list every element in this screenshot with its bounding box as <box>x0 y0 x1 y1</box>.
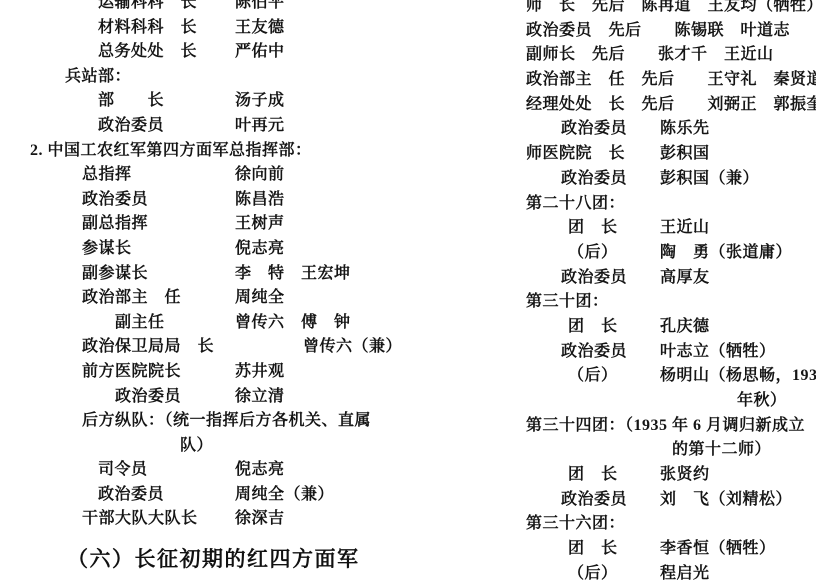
person-name: 王友德 <box>235 16 285 41</box>
roster-row: 经理处处 长 先后 刘弼正 郭振奎 <box>408 93 816 118</box>
role-label: 司令员 <box>98 461 148 478</box>
role-label: 师 长 先后 陈再道 王友均（牺牲） <box>526 0 816 14</box>
roster-row: 政治委员陈乐先 <box>408 117 816 142</box>
person-name: 王树声 <box>235 212 285 237</box>
roster-row: 副主任曾传六 傅 钟 <box>0 311 408 336</box>
person-name: 曾传六 傅 钟 <box>235 311 351 336</box>
roster-row: 运输科科 长陈伯平 <box>0 0 408 16</box>
roster-row: 政治委员周纯全（兼） <box>0 483 408 508</box>
roster-row: 材料科科 长王友德 <box>0 16 408 41</box>
person-name: 叶再元 <box>235 114 285 139</box>
right-column: 师 长 先后 陈再道 王友均（牺牲）政治委员 先后 陈锡联 叶道志副师长 先后 … <box>408 0 816 580</box>
roster-row: 政治保卫局局 长曾传六（兼） <box>0 335 408 360</box>
person-name: 苏井观 <box>235 360 285 385</box>
person-name: 徐立清 <box>235 385 285 410</box>
person-name: 程启光 <box>660 562 710 580</box>
person-name: 曾传六（兼） <box>303 335 402 360</box>
person-name: 杨明山（杨思畅，1935 <box>660 364 816 389</box>
person-name: 严佑中 <box>235 40 285 65</box>
roster-row: 团 长李香恒（牺牲） <box>408 537 816 562</box>
roster-row: 的第十二师） <box>408 438 816 463</box>
roster-row: 政治委员叶再元 <box>0 114 408 139</box>
role-label: 政治委员 先后 陈锡联 叶道志 <box>526 22 790 39</box>
person-name: 徐深吉 <box>235 507 285 532</box>
roster-row: （后）陶 勇（张道庸） <box>408 241 816 266</box>
roster-row: 第三十团： <box>408 290 816 315</box>
role-label: 政治委员 <box>98 486 164 503</box>
role-label: 政治部主 任 <box>82 289 181 306</box>
roster-row: 政治委员徐立清 <box>0 385 408 410</box>
role-label: 政治委员 <box>561 343 627 360</box>
role-label: 队） <box>180 437 213 454</box>
roster-row: 师 长 先后 陈再道 王友均（牺牲） <box>408 0 816 19</box>
role-label: （后） <box>568 565 618 580</box>
role-label: 政治委员 <box>115 388 181 405</box>
role-label: （后） <box>568 367 618 384</box>
role-label: 团 长 <box>568 219 618 236</box>
left-column: 运输科科 长陈伯平材料科科 长王友德总务处处 长严佑中兵站部：部 长汤子成政治委… <box>0 0 408 532</box>
role-label: 团 长 <box>568 540 618 557</box>
person-name: 张贤约 <box>660 463 710 488</box>
roster-row: 师医院院 长彭积国 <box>408 142 816 167</box>
section-heading: （六）长征初期的红四方面军 <box>67 547 360 573</box>
roster-row: 总指挥徐向前 <box>0 163 408 188</box>
roster-row: 政治委员刘 飞（刘精松） <box>408 488 816 513</box>
person-name: 陈昌浩 <box>235 188 285 213</box>
person-name: 孔庆德 <box>660 315 710 340</box>
role-label: 2. 中国工农红军第四方面军总指挥部： <box>30 142 312 159</box>
roster-row: 第二十八团： <box>408 192 816 217</box>
role-label: 总指挥 <box>82 166 132 183</box>
person-name: 汤子成 <box>235 89 285 114</box>
roster-row: 司令员倪志亮 <box>0 458 408 483</box>
person-name: 徐向前 <box>235 163 285 188</box>
role-label: 政治保卫局局 长 <box>82 338 214 355</box>
role-label: 后方纵队：（统一指挥后方各机关、直属 <box>82 412 371 429</box>
role-label: 运输科科 长 <box>98 0 197 11</box>
roster-row: 2. 中国工农红军第四方面军总指挥部： <box>0 139 408 164</box>
roster-row: 政治部主 任周纯全 <box>0 286 408 311</box>
role-label: 第二十八团： <box>526 195 625 212</box>
person-name: 彭积国（兼） <box>660 167 759 192</box>
roster-row: 政治委员彭积国（兼） <box>408 167 816 192</box>
roster-row: 部 长汤子成 <box>0 89 408 114</box>
role-label: 副总指挥 <box>82 215 148 232</box>
roster-row: 队） <box>0 434 408 459</box>
person-name: 李 特 王宏坤 <box>235 262 351 287</box>
person-name: 倪志亮 <box>235 458 285 483</box>
person-name: 陈乐先 <box>660 117 710 142</box>
roster-row: 后方纵队：（统一指挥后方各机关、直属 <box>0 409 408 434</box>
role-label: 年秋） <box>737 392 787 409</box>
roster-row: 政治委员叶志立（牺牲） <box>408 340 816 365</box>
roster-row: 参谋长倪志亮 <box>0 237 408 262</box>
role-label: 团 长 <box>568 318 618 335</box>
role-label: （后） <box>568 244 618 261</box>
role-label: 参谋长 <box>82 240 132 257</box>
roster-row: （后）程启光 <box>408 562 816 580</box>
person-name: 叶志立（牺牲） <box>660 340 776 365</box>
role-label: 团 长 <box>568 466 618 483</box>
role-label: 政治部主 任 先后 王守礼 秦贤道 <box>526 71 816 88</box>
roster-row: 政治委员 先后 陈锡联 叶道志 <box>408 19 816 44</box>
role-label: 政治委员 <box>561 491 627 508</box>
roster-row: 总务处处 长严佑中 <box>0 40 408 65</box>
person-name: 刘 飞（刘精松） <box>660 488 792 513</box>
person-name: 倪志亮 <box>235 237 285 262</box>
roster-row: 副参谋长李 特 王宏坤 <box>0 262 408 287</box>
person-name: 周纯全 <box>235 286 285 311</box>
roster-row: 前方医院院长苏井观 <box>0 360 408 385</box>
role-label: 第三十六团： <box>526 515 625 532</box>
scanned-book-page: 运输科科 长陈伯平材料科科 长王友德总务处处 长严佑中兵站部：部 长汤子成政治委… <box>0 0 816 580</box>
roster-row: 团 长张贤约 <box>408 463 816 488</box>
person-name: 陶 勇（张道庸） <box>660 241 792 266</box>
role-label: 材料科科 长 <box>98 19 197 36</box>
roster-row: 兵站部： <box>0 65 408 90</box>
roster-row: 第三十六团： <box>408 512 816 537</box>
role-label: 政治委员 <box>98 117 164 134</box>
role-label: 总务处处 长 <box>98 43 197 60</box>
roster-row: 政治委员高厚友 <box>408 266 816 291</box>
roster-row: （后）杨明山（杨思畅，1935 <box>408 364 816 389</box>
role-label: 政治委员 <box>561 170 627 187</box>
roster-row: 政治委员陈昌浩 <box>0 188 408 213</box>
role-label: 第三十四团：（1935 年 6 月调归新成立 <box>526 417 805 434</box>
role-label: 政治委员 <box>82 191 148 208</box>
role-label: 干部大队大队长 <box>82 510 198 527</box>
role-label: 前方医院院长 <box>82 363 181 380</box>
roster-row: 团 长孔庆德 <box>408 315 816 340</box>
role-label: 兵站部： <box>65 68 131 85</box>
role-label: 部 长 <box>98 92 164 109</box>
role-label: 政治委员 <box>561 269 627 286</box>
person-name: 周纯全（兼） <box>235 483 334 508</box>
role-label: 副参谋长 <box>82 265 148 282</box>
person-name: 陈伯平 <box>235 0 285 16</box>
roster-row: 干部大队大队长徐深吉 <box>0 507 408 532</box>
role-label: 副主任 <box>115 314 165 331</box>
roster-row: 第三十四团：（1935 年 6 月调归新成立 <box>408 414 816 439</box>
role-label: 副师长 先后 张才千 王近山 <box>526 46 774 63</box>
role-label: 师医院院 长 <box>526 145 625 162</box>
roster-row: 年秋） <box>408 389 816 414</box>
role-label: 政治委员 <box>561 120 627 137</box>
roster-row: 副师长 先后 张才千 王近山 <box>408 43 816 68</box>
roster-row: 副总指挥王树声 <box>0 212 408 237</box>
person-name: 彭积国 <box>660 142 710 167</box>
role-label: 的第十二师） <box>672 441 771 458</box>
person-name: 高厚友 <box>660 266 710 291</box>
roster-row: 政治部主 任 先后 王守礼 秦贤道 <box>408 68 816 93</box>
person-name: 王近山 <box>660 216 710 241</box>
role-label: 经理处处 长 先后 刘弼正 郭振奎 <box>526 96 816 113</box>
person-name: 李香恒（牺牲） <box>660 537 776 562</box>
role-label: 第三十团： <box>526 293 609 310</box>
roster-row: 团 长王近山 <box>408 216 816 241</box>
